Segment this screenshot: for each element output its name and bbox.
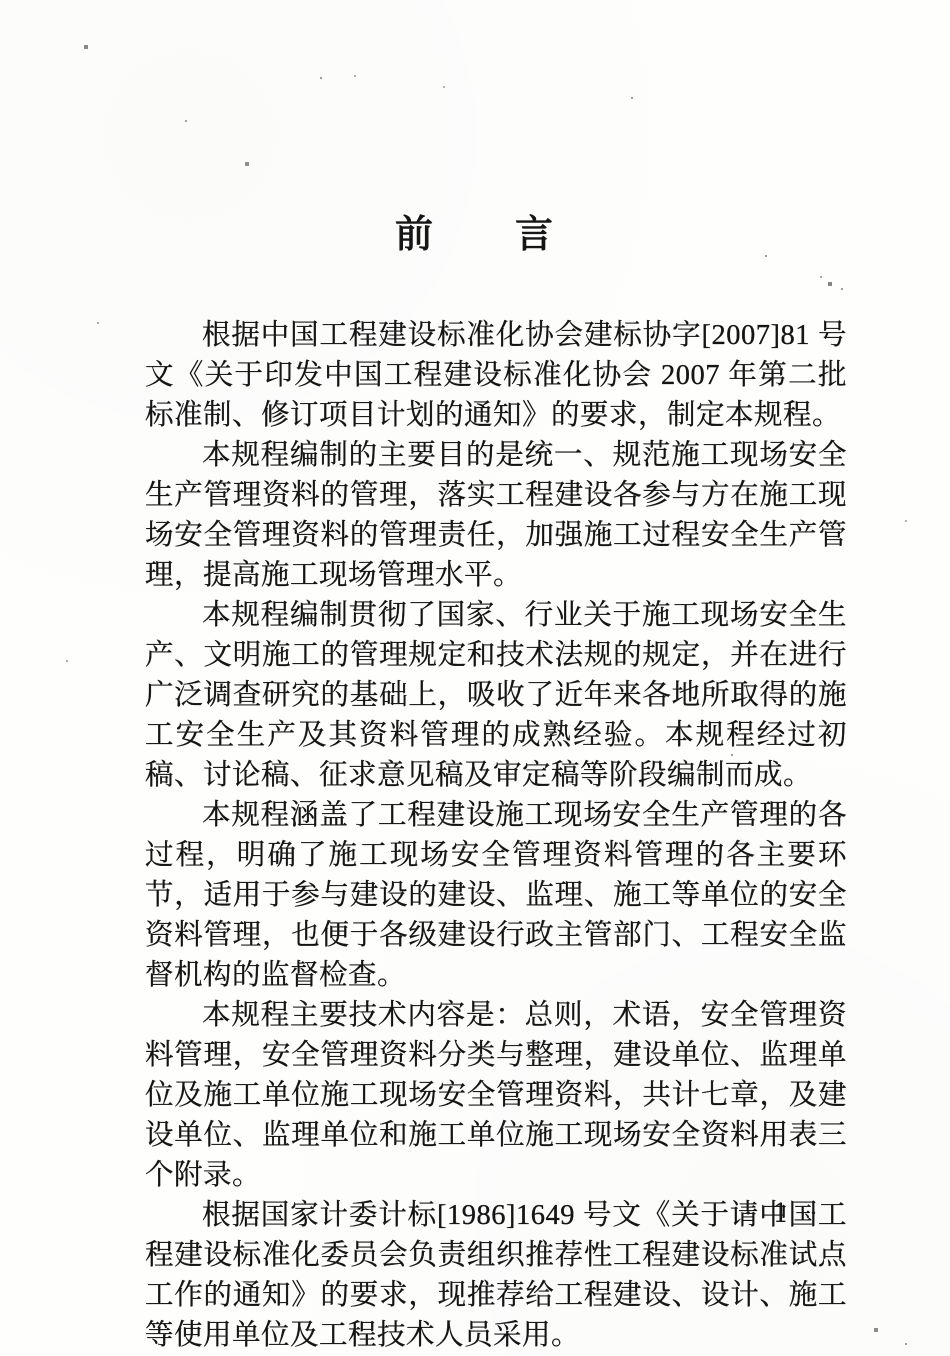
paragraph: 本规程涵盖了工程建设施工现场安全生产管理的各过程，明确了施工现场安全管理资料管理…: [145, 796, 847, 996]
paragraph: 根据中国工程建设标准化协会建标协字[2007]81 号文《关于印发中国工程建设标…: [145, 316, 847, 436]
paragraph: 本规程编制贯彻了国家、行业关于施工现场安全生产、文明施工的管理规定和技术法规的规…: [145, 596, 847, 796]
scan-noise-speckles: [0, 0, 2, 2]
document-body: 根据中国工程建设标准化协会建标协字[2007]81 号文《关于印发中国工程建设标…: [145, 316, 847, 1356]
paragraph: 根据国家计委计标[1986]1649 号文《关于请中国工程建设标准化委员会负责组…: [145, 1196, 847, 1356]
scanned-document-page: 前 言 根据中国工程建设标准化协会建标协字[2007]81 号文《关于印发中国工…: [0, 0, 950, 1356]
paragraph: 本规程主要技术内容是：总则，术语，安全管理资料管理，安全管理资料分类与整理，建设…: [145, 996, 847, 1196]
page-title: 前 言: [0, 203, 950, 258]
paragraph: 本规程编制的主要目的是统一、规范施工现场安全生产管理资料的管理，落实工程建设各参…: [145, 436, 847, 596]
page-number: · 1 ·: [744, 1199, 824, 1229]
